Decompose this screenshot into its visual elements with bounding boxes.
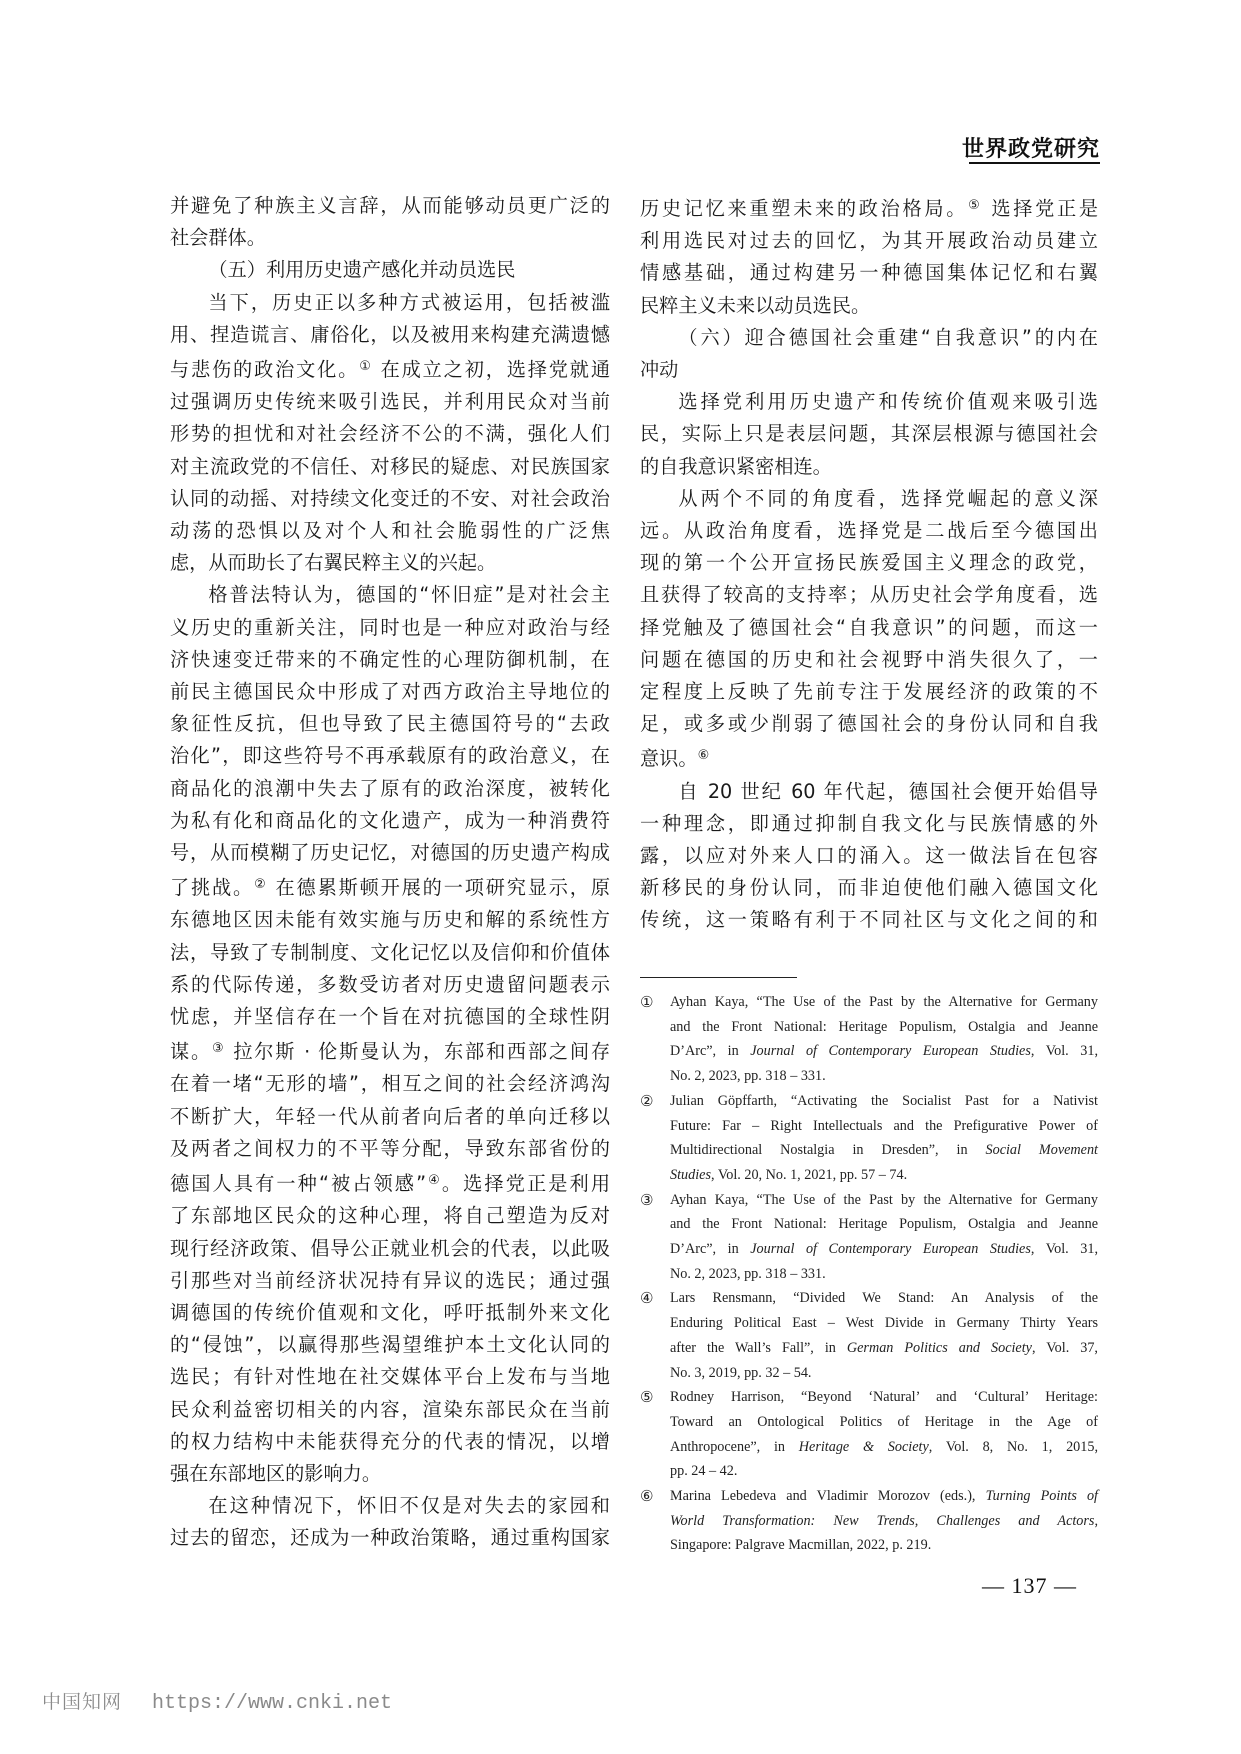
body-line: 与悲伤的政治文化。① 在成立之初，选择党就通 xyxy=(170,351,610,386)
body-line: 社会群体。 xyxy=(170,222,610,254)
body-line: 问题在德国的历史和社会视野中消失很久了，一 xyxy=(640,644,1098,676)
body-line: 的自我意识紧密相连。 xyxy=(640,451,1098,483)
footnote-ref-4[interactable]: ④ xyxy=(426,1173,442,1188)
body-line: 历史记忆来重塑未来的政治格局。⑤ 选择党正是 xyxy=(640,190,1098,225)
body-line: 引那些对当前经济状况持有异议的选民；通过强 xyxy=(170,1265,610,1297)
footnote-number: ④ xyxy=(640,1286,653,1311)
left-column: 并避免了种族主义言辞，从而能够动员更广泛的 社会群体。 （五）利用历史遗产感化并… xyxy=(170,190,610,1555)
body-line: 过强调历史传统来吸引选民，并利用民众对当前 xyxy=(170,386,610,418)
body-line: 象征性反抗，但也导致了民主德国符号的“去政 xyxy=(170,708,610,740)
footnote-ref-5[interactable]: ⑤ xyxy=(968,198,982,213)
body-line: 东德地区因未能有效实施与历史和解的系统性方 xyxy=(170,904,610,936)
body-line: 德国人具有一种“被占领感”④。选择党正是利用 xyxy=(170,1165,610,1200)
body-line: 调德国的传统价值观和文化，呼吁抵制外来文化 xyxy=(170,1297,610,1329)
body-line: 现的第一个公开宣扬民族爱国主义理念的政党， xyxy=(640,547,1098,579)
body-line: 义历史的重新关注，同时也是一种应对政治与经 xyxy=(170,612,610,644)
footnote-6: ⑥ Marina Lebedeva and Vladimir Morozov (… xyxy=(640,1484,1098,1558)
body-line: 动荡的恐惧以及对个人和社会脆弱性的广泛焦 xyxy=(170,515,610,547)
body-line: 自 20 世纪 60 年代起，德国社会便开始倡导 xyxy=(640,776,1098,808)
journal-title: 世界政党研究 xyxy=(962,132,1100,163)
body-line: 情感基础，通过构建另一种德国集体记忆和右翼 xyxy=(640,257,1098,289)
body-line: 虑，从而助长了右翼民粹主义的兴起。 xyxy=(170,547,610,579)
right-column: 历史记忆来重塑未来的政治格局。⑤ 选择党正是 利用选民对过去的回忆，为其开展政治… xyxy=(640,190,1098,937)
footnotes: ① Ayhan Kaya, “The Use of the Past by th… xyxy=(640,990,1098,1558)
body-line: 足，或多或少削弱了德国社会的身份认同和自我 xyxy=(640,708,1098,740)
body-line: 在着一堵“无形的墙”，相互之间的社会经济鸿沟 xyxy=(170,1068,610,1100)
section-heading-5: （五）利用历史遗产感化并动员选民 xyxy=(170,254,610,286)
body-line: 的“侵蚀”，以赢得那些渴望维护本土文化认同的 xyxy=(170,1329,610,1361)
body-line: 择党触及了德国社会“自我意识”的问题，而这一 xyxy=(640,612,1098,644)
page-number: — 137 — xyxy=(982,1573,1077,1599)
body-line: 过去的留恋，还成为一种政治策略，通过重构国家 xyxy=(170,1522,610,1554)
body-line: 为私有化和商品化的文化遗产，成为一种消费符 xyxy=(170,805,610,837)
watermark-url[interactable]: https://www.cnki.net xyxy=(152,1692,392,1715)
body-line: 强在东部地区的影响力。 xyxy=(170,1458,610,1490)
journal-name: Journal of Contemporary European Studies xyxy=(750,1043,1031,1059)
body-line: 从两个不同的角度看，选择党崛起的意义深 xyxy=(640,483,1098,515)
body-line: 的权力结构中未能获得充分的代表的情况，以增 xyxy=(170,1426,610,1458)
body-line: 远。从政治角度看，选择党是二战后至今德国出 xyxy=(640,515,1098,547)
body-line: 新移民的身份认同，而非迫使他们融入德国文化 xyxy=(640,872,1098,904)
body-line: 当下，历史正以多种方式被运用，包括被滥 xyxy=(170,287,610,319)
body-line: 号，从而模糊了历史记忆，对德国的历史遗产构成 xyxy=(170,837,610,869)
body-line: 及两者之间权力的不平等分配，导致东部省份的 xyxy=(170,1133,610,1165)
journal-name: Journal of Contemporary European Studies xyxy=(750,1241,1031,1257)
footnote-3: ③ Ayhan Kaya, “The Use of the Past by th… xyxy=(640,1188,1098,1287)
running-header: 世界政党研究 xyxy=(898,132,1100,166)
body-line: 传统，这一策略有利于不同社区与文化之间的和 xyxy=(640,904,1098,936)
footnote-5: ⑤ Rodney Harrison, “Beyond ‘Natural’ and… xyxy=(640,1385,1098,1484)
footnote-number: ⑥ xyxy=(640,1484,653,1509)
body-line: 民粹主义未来以动员选民。 xyxy=(640,290,1098,322)
body-line: 且获得了较高的支持率；从历史社会学角度看，选 xyxy=(640,579,1098,611)
body-line: 民，实际上只是表层问题，其深层根源与德国社会 xyxy=(640,418,1098,450)
body-line: 前民主德国民众中形成了对西方政治主导地位的 xyxy=(170,676,610,708)
book-title: World Transformation: New Trends, Challe… xyxy=(670,1513,1094,1529)
body-line: 了东部地区民众的这种心理，将自己塑造为反对 xyxy=(170,1200,610,1232)
section-heading-6: （六）迎合德国社会重建“自我意识”的内在 xyxy=(640,322,1098,354)
cnki-watermark: 中国知网https://www.cnki.net xyxy=(42,1687,392,1715)
footnote-ref-1[interactable]: ① xyxy=(359,359,373,374)
section-heading-6-cont: 冲动 xyxy=(640,354,1098,386)
body-line: 意识。⑥ xyxy=(640,740,1098,775)
body-line: 一种理念，即通过抑制自我文化与民族情感的外 xyxy=(640,808,1098,840)
body-line: 露，以应对外来人口的涌入。这一做法旨在包容 xyxy=(640,840,1098,872)
footnote-number: ① xyxy=(640,990,653,1015)
body-line: 治化”，即这些符号不再承载原有的政治意义，在 xyxy=(170,740,610,772)
footnote-number: ⑤ xyxy=(640,1385,653,1410)
footnote-ref-2[interactable]: ② xyxy=(254,877,268,892)
body-line: 定程度上反映了先前专注于发展经济的政策的不 xyxy=(640,676,1098,708)
body-line: 选民；有针对性地在社交媒体平台上发布与当地 xyxy=(170,1361,610,1393)
book-title: Turning Points of xyxy=(986,1488,1098,1504)
journal-name: Social Movement xyxy=(986,1142,1099,1158)
body-line: 商品化的浪潮中失去了原有的政治深度，被转化 xyxy=(170,773,610,805)
footnote-ref-3[interactable]: ③ xyxy=(212,1041,225,1056)
body-line: 系的代际传递，多数受访者对历史遗留问题表示 xyxy=(170,969,610,1001)
footnote-1: ① Ayhan Kaya, “The Use of the Past by th… xyxy=(640,990,1098,1089)
body-line: 利用选民对过去的回忆，为其开展政治动员建立 xyxy=(640,225,1098,257)
body-line: 格普法特认为，德国的“怀旧症”是对社会主 xyxy=(170,579,610,611)
body-line: 民众利益密切相关的内容，渲染东部民众在当前 xyxy=(170,1394,610,1426)
body-line: 济快速变迁带来的不确定性的心理防御机制，在 xyxy=(170,644,610,676)
journal-name: Heritage & Society xyxy=(799,1439,929,1455)
body-line: 用、捏造谎言、庸俗化，以及被用来构建充满遗憾 xyxy=(170,319,610,351)
journal-name: Studies xyxy=(670,1167,711,1183)
header-underline xyxy=(969,162,1100,164)
body-line: 不断扩大，年轻一代从前者向后者的单向迁移以 xyxy=(170,1101,610,1133)
body-line: 对主流政党的不信任、对移民的疑虑、对民族国家 xyxy=(170,451,610,483)
body-line: 法，导致了专制制度、文化记忆以及信仰和价值体 xyxy=(170,937,610,969)
body-line: 了挑战。② 在德累斯顿开展的一项研究显示，原 xyxy=(170,869,610,904)
body-line: 选择党利用历史遗产和传统价值观来吸引选 xyxy=(640,386,1098,418)
journal-name: German Politics and Society xyxy=(847,1340,1032,1356)
footnote-number: ③ xyxy=(640,1188,653,1213)
body-line: 忧虑，并坚信存在一个旨在对抗德国的全球性阴 xyxy=(170,1001,610,1033)
body-line: 现行经济政策、倡导公正就业机会的代表，以此吸 xyxy=(170,1233,610,1265)
body-line: 并避免了种族主义言辞，从而能够动员更广泛的 xyxy=(170,190,610,222)
body-line: 在这种情况下，怀旧不仅是对失去的家园和 xyxy=(170,1490,610,1522)
footnote-4: ④ Lars Rensmann, “Divided We Stand: An A… xyxy=(640,1286,1098,1385)
body-line: 谋。③ 拉尔斯 · 伦斯曼认为，东部和西部之间存 xyxy=(170,1033,610,1068)
body-line: 形势的担忧和对社会经济不公的不满，强化人们 xyxy=(170,418,610,450)
watermark-site-name: 中国知网 xyxy=(42,1691,122,1713)
footnote-ref-6[interactable]: ⑥ xyxy=(698,748,710,763)
footnote-2: ② Julian Göpffarth, “Activating the Soci… xyxy=(640,1089,1098,1188)
body-line: 认同的动摇、对持续文化变迁的不安、对社会政治 xyxy=(170,483,610,515)
footnote-number: ② xyxy=(640,1089,653,1114)
footnote-separator xyxy=(640,977,797,978)
